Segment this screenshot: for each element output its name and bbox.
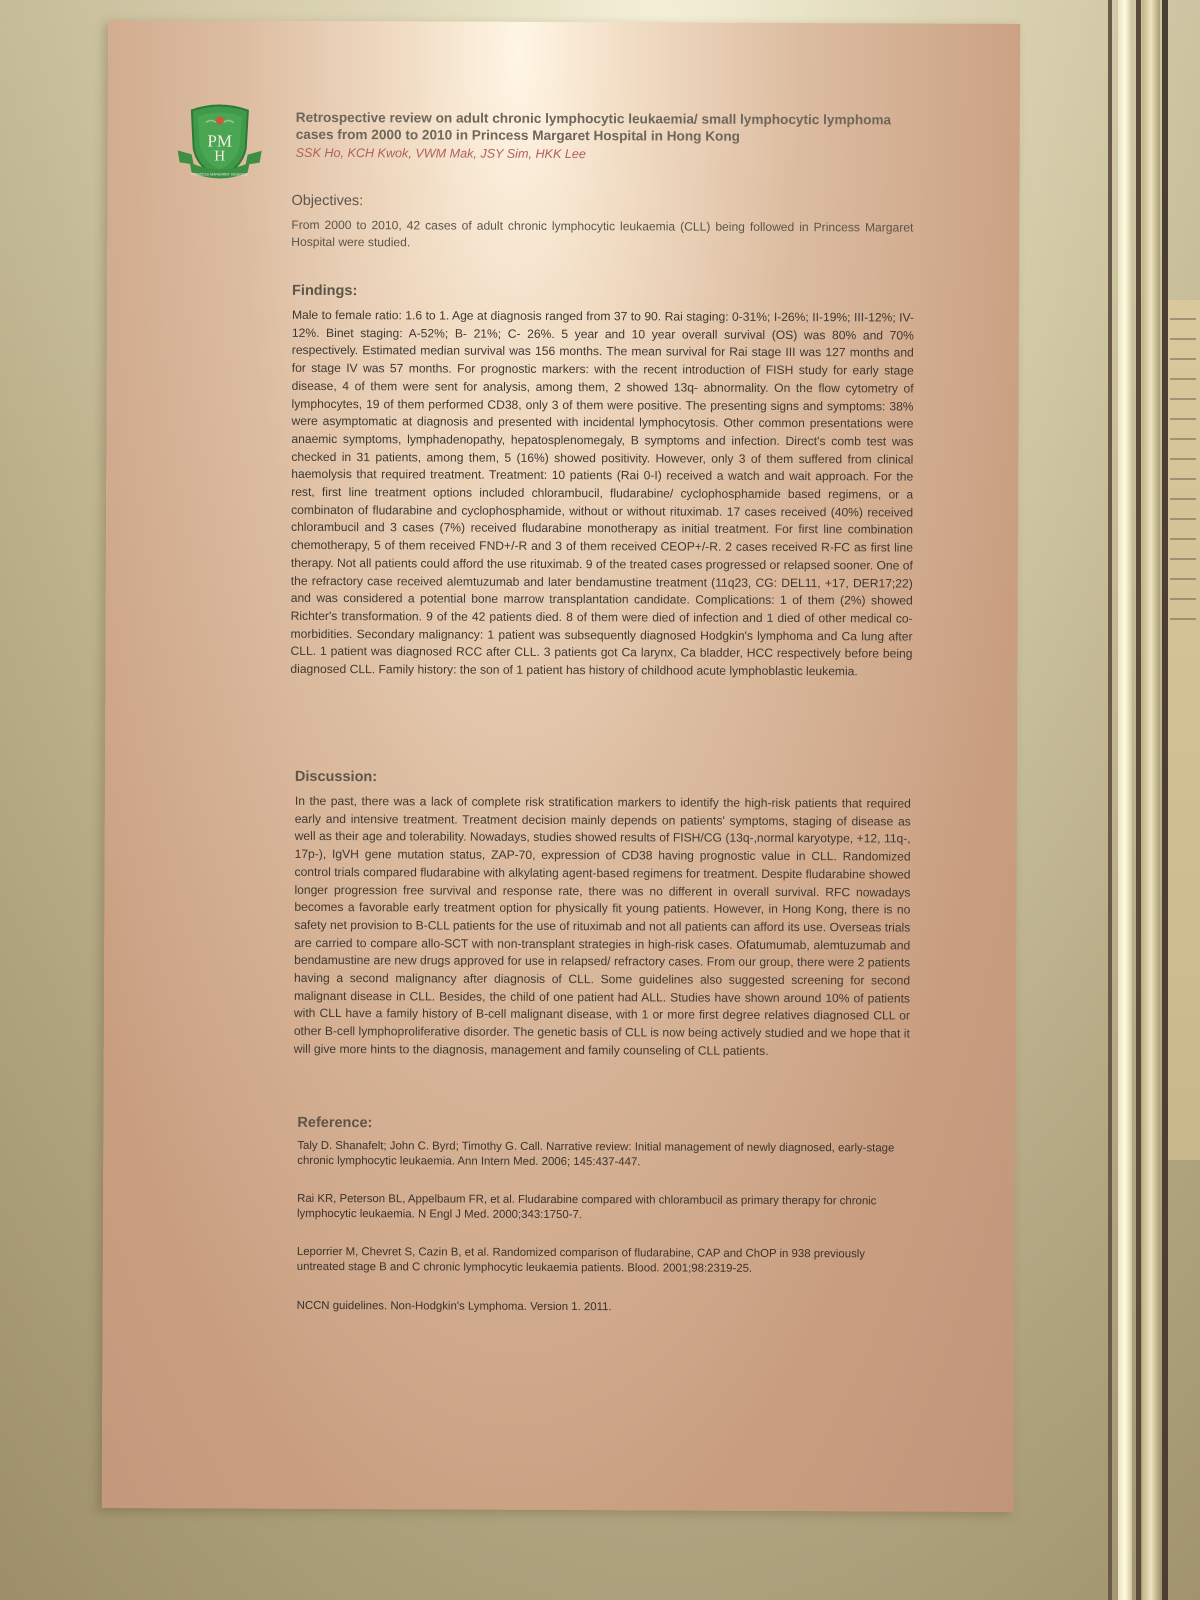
board-frame-rail — [1142, 0, 1160, 1600]
reference-section: Reference: Taly D. Shanafelt; John C. By… — [297, 1115, 898, 1340]
objectives-body: From 2000 to 2010, 42 cases of adult chr… — [291, 217, 913, 254]
adjacent-poster-edge — [1168, 300, 1200, 1160]
reference-item: Rai KR, Peterson BL, Appelbaum FR, et al… — [297, 1192, 897, 1224]
objectives-heading: Objectives: — [291, 193, 913, 212]
reference-item: NCCN guidelines. Non-Hodgkin's Lymphoma.… — [297, 1298, 897, 1315]
objectives-section: Objectives: From 2000 to 2010, 42 cases … — [291, 193, 913, 254]
findings-body: Male to female ratio: 1.6 to 1. Age at d… — [290, 307, 914, 681]
board-frame-rail — [1108, 0, 1112, 1600]
svg-text:PRINCESS MARGARET HOSPITAL: PRINCESS MARGARET HOSPITAL — [191, 172, 248, 176]
poster-header: Retrospective review on adult chronic ly… — [296, 109, 916, 163]
reference-item: Taly D. Shanafelt; John C. Byrd; Timothy… — [297, 1139, 897, 1171]
svg-text:H: H — [214, 148, 225, 164]
discussion-section: Discussion: In the past, there was a lac… — [294, 769, 911, 1061]
findings-heading: Findings: — [292, 283, 914, 302]
board-frame-rail — [1118, 0, 1132, 1600]
hospital-crest-icon: PM H PRINCESS MARGARET HOSPITAL — [176, 102, 264, 188]
poster-title: Retrospective review on adult chronic ly… — [296, 109, 916, 146]
discussion-heading: Discussion: — [295, 769, 911, 788]
findings-section: Findings: Male to female ratio: 1.6 to 1… — [290, 283, 914, 681]
reference-item: Leporrier M, Chevret S, Cazin B, et al. … — [297, 1245, 897, 1277]
discussion-body: In the past, there was a lack of complet… — [294, 793, 911, 1061]
reference-heading: Reference: — [297, 1115, 897, 1134]
board-frame-rail — [1136, 0, 1141, 1600]
poster-authors: SSK Ho, KCH Kwok, VWM Mak, JSY Sim, HKK … — [296, 146, 916, 163]
research-poster: PM H PRINCESS MARGARET HOSPITAL Retrospe… — [102, 20, 1020, 1512]
